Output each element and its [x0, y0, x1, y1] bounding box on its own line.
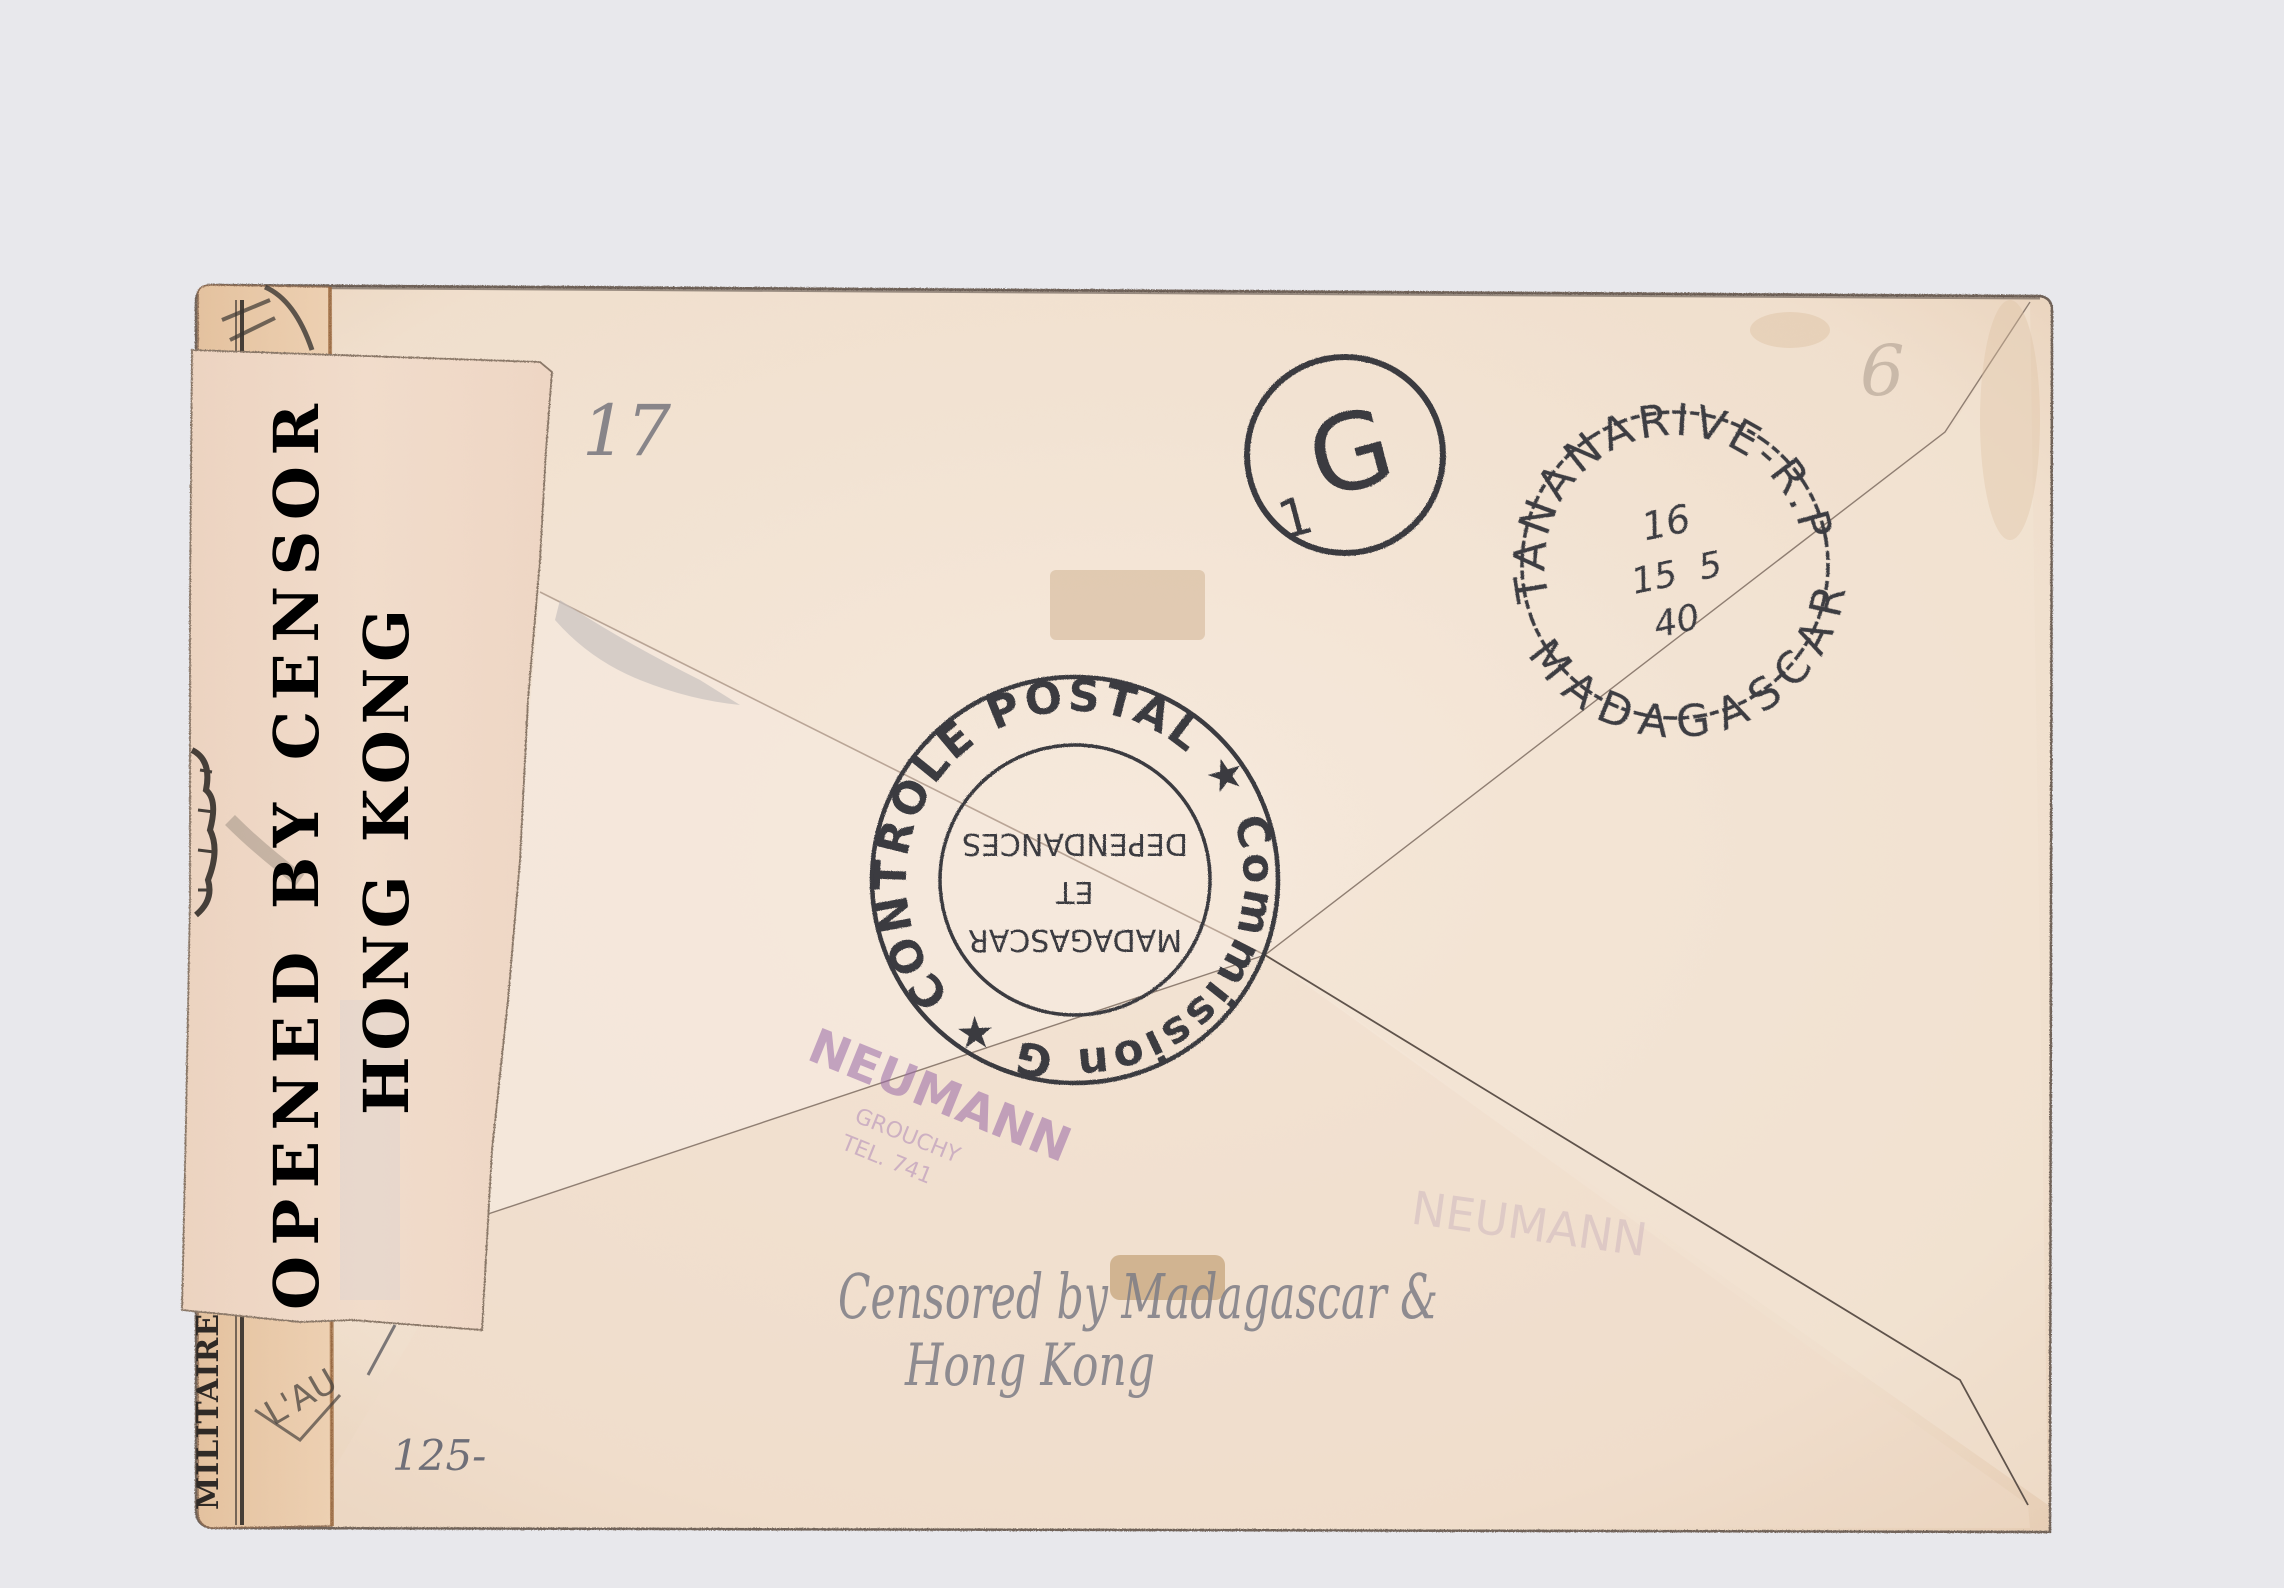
pencil-price: 125-: [392, 1431, 486, 1480]
censor-line-2: HONG KONG: [350, 605, 423, 1115]
svg-text:125-: 125-: [392, 1431, 486, 1480]
svg-text:Hong Kong: Hong Kong: [904, 1331, 1155, 1399]
svg-text:MADAGASCAR: MADAGASCAR: [968, 922, 1182, 957]
svg-text:6: 6: [1860, 330, 1905, 412]
svg-text:MILITAIRE: MILITAIRE: [191, 1313, 226, 1510]
svg-text:ET: ET: [1056, 874, 1094, 909]
envelope-scene: 17 6 G 1 TANANARIVE-R.P MADAGASCAR 16 15…: [0, 0, 2284, 1588]
svg-text:17: 17: [582, 390, 672, 472]
censor-line-1: OPENED BY CENSOR: [260, 400, 333, 1310]
svg-text:Censored by Madagascar &: Censored by Madagascar &: [838, 1260, 1438, 1333]
svg-text:DEPENDANCES: DEPENDANCES: [962, 826, 1188, 861]
pencil-corner-mark: 6: [1860, 330, 1905, 412]
pencil-top-mark: 17: [582, 390, 672, 472]
